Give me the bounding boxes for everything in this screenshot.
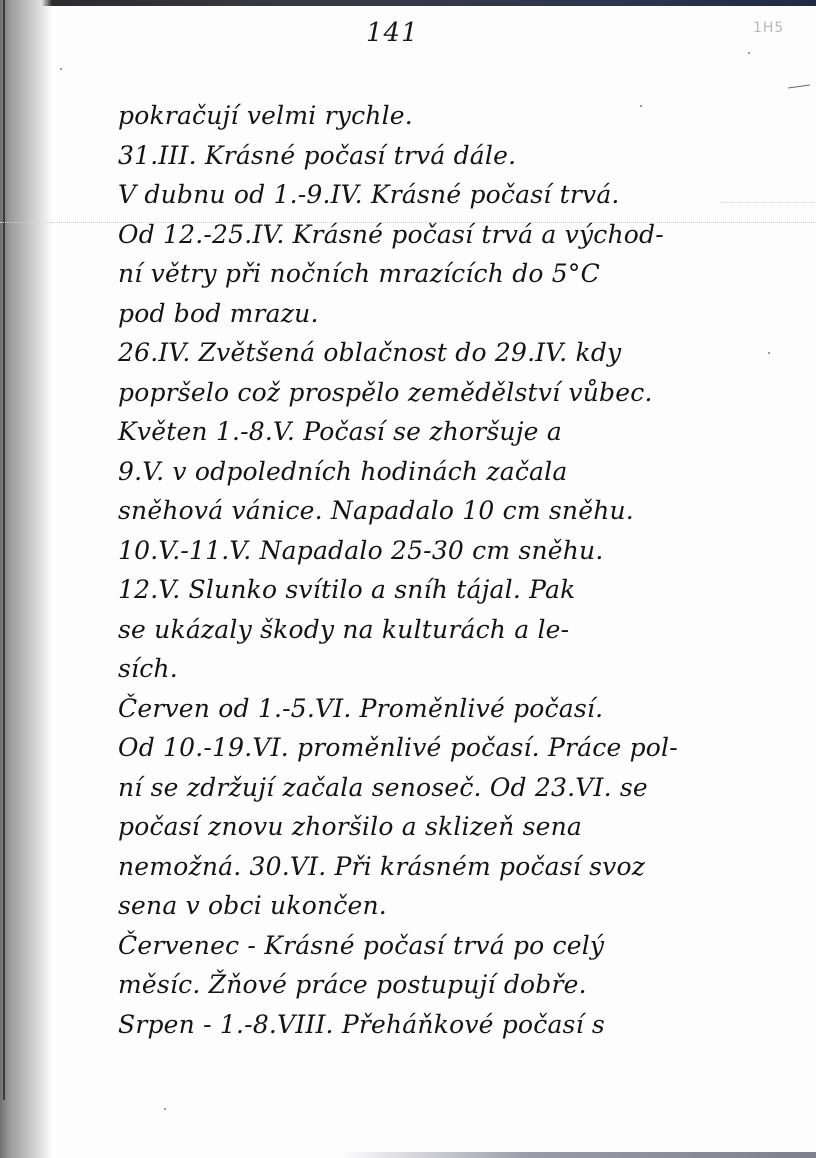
text-line: ní se zdržují začala senoseč. Od 23.VI. … (118, 768, 718, 808)
binding-edge-line (3, 0, 5, 1100)
text-line: Od 12.-25.IV. Krásné počasí trvá a výcho… (118, 215, 718, 255)
scan-speck (60, 68, 62, 70)
scan-bottom-edge (340, 1152, 816, 1158)
text-line: nemožná. 30.VI. Při krásném počasí svoz (118, 847, 718, 887)
text-line: sích. (118, 649, 718, 689)
text-line: měsíc. Žňové práce postupují dobře. (118, 965, 718, 1005)
text-line: 12.V. Slunko svítilo a sníh tájal. Pak (118, 570, 718, 610)
archive-stamp: 1H5 (753, 20, 784, 36)
scan-speck (164, 1108, 166, 1110)
faint-ruled-line (720, 202, 816, 203)
text-line: Červen od 1.-5.VI. Proměnlivé počasí. (118, 689, 718, 729)
text-line: pokračují velmi rychle. (118, 96, 718, 136)
scan-speck (640, 105, 642, 107)
page-number: 141 (366, 18, 419, 48)
text-line: se ukázaly škody na kulturách a le- (118, 610, 718, 650)
text-line: Květen 1.-8.V. Počasí se zhoršuje a (118, 412, 718, 452)
margin-mark (788, 84, 810, 88)
text-line: 26.IV. Zvětšená oblačnost do 29.IV. kdy (118, 333, 718, 373)
text-line: 31.III. Krásné počasí trvá dále. (118, 136, 718, 176)
text-line: 9.V. v odpoledních hodinách začala (118, 452, 718, 492)
text-line: sena v obci ukončen. (118, 886, 718, 926)
text-line: popršelo což prospělo zemědělství vůbec. (118, 373, 718, 413)
text-line: 10.V.-11.V. Napadalo 25-30 cm sněhu. (118, 531, 718, 571)
scan-top-edge (0, 0, 816, 6)
scanned-chronicle-page: 141 1H5 pokračují velmi rychle. 31.III. … (0, 0, 816, 1158)
text-line: Červenec - Krásné počasí trvá po celý (118, 926, 718, 966)
handwritten-text: pokračují velmi rychle. 31.III. Krásné p… (118, 96, 718, 1044)
text-line: Srpen - 1.-8.VIII. Přeháňkové počasí s (118, 1005, 718, 1045)
scan-speck (768, 352, 770, 354)
text-line: Od 10.-19.VI. proměnlivé počasí. Práce p… (118, 728, 718, 768)
text-line: počasí znovu zhoršilo a sklizeň sena (118, 807, 718, 847)
text-line: pod bod mrazu. (118, 294, 718, 334)
scan-speck (748, 52, 750, 54)
text-line: ní větry při nočních mrazících do 5°C (118, 254, 718, 294)
binding-shadow (0, 0, 52, 1158)
text-line: V dubnu od 1.-9.IV. Krásné počasí trvá. (118, 175, 718, 215)
text-line: sněhová vánice. Napadalo 10 cm sněhu. (118, 491, 718, 531)
